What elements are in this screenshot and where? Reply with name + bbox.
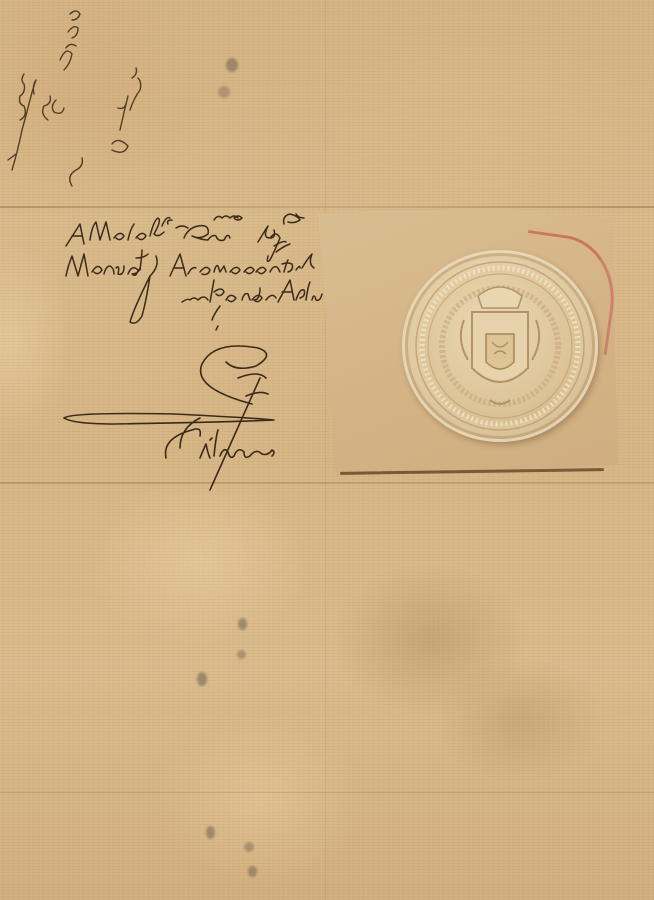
fold-line (0, 206, 654, 208)
stain (244, 842, 254, 852)
fold-line (325, 0, 326, 900)
coat-of-arms-icon (402, 250, 598, 442)
stain (206, 826, 215, 839)
stain (238, 618, 247, 630)
stain (237, 650, 246, 659)
fold-line (0, 792, 654, 793)
manuscript-page: Valcampo 2a. 1635 J. Mos. Al Molto Ill.m… (0, 0, 654, 900)
fold-line (0, 482, 654, 484)
stain (248, 866, 257, 877)
stain (226, 58, 238, 72)
embossed-seal (402, 250, 598, 442)
stain (218, 86, 230, 98)
stain (197, 672, 207, 686)
